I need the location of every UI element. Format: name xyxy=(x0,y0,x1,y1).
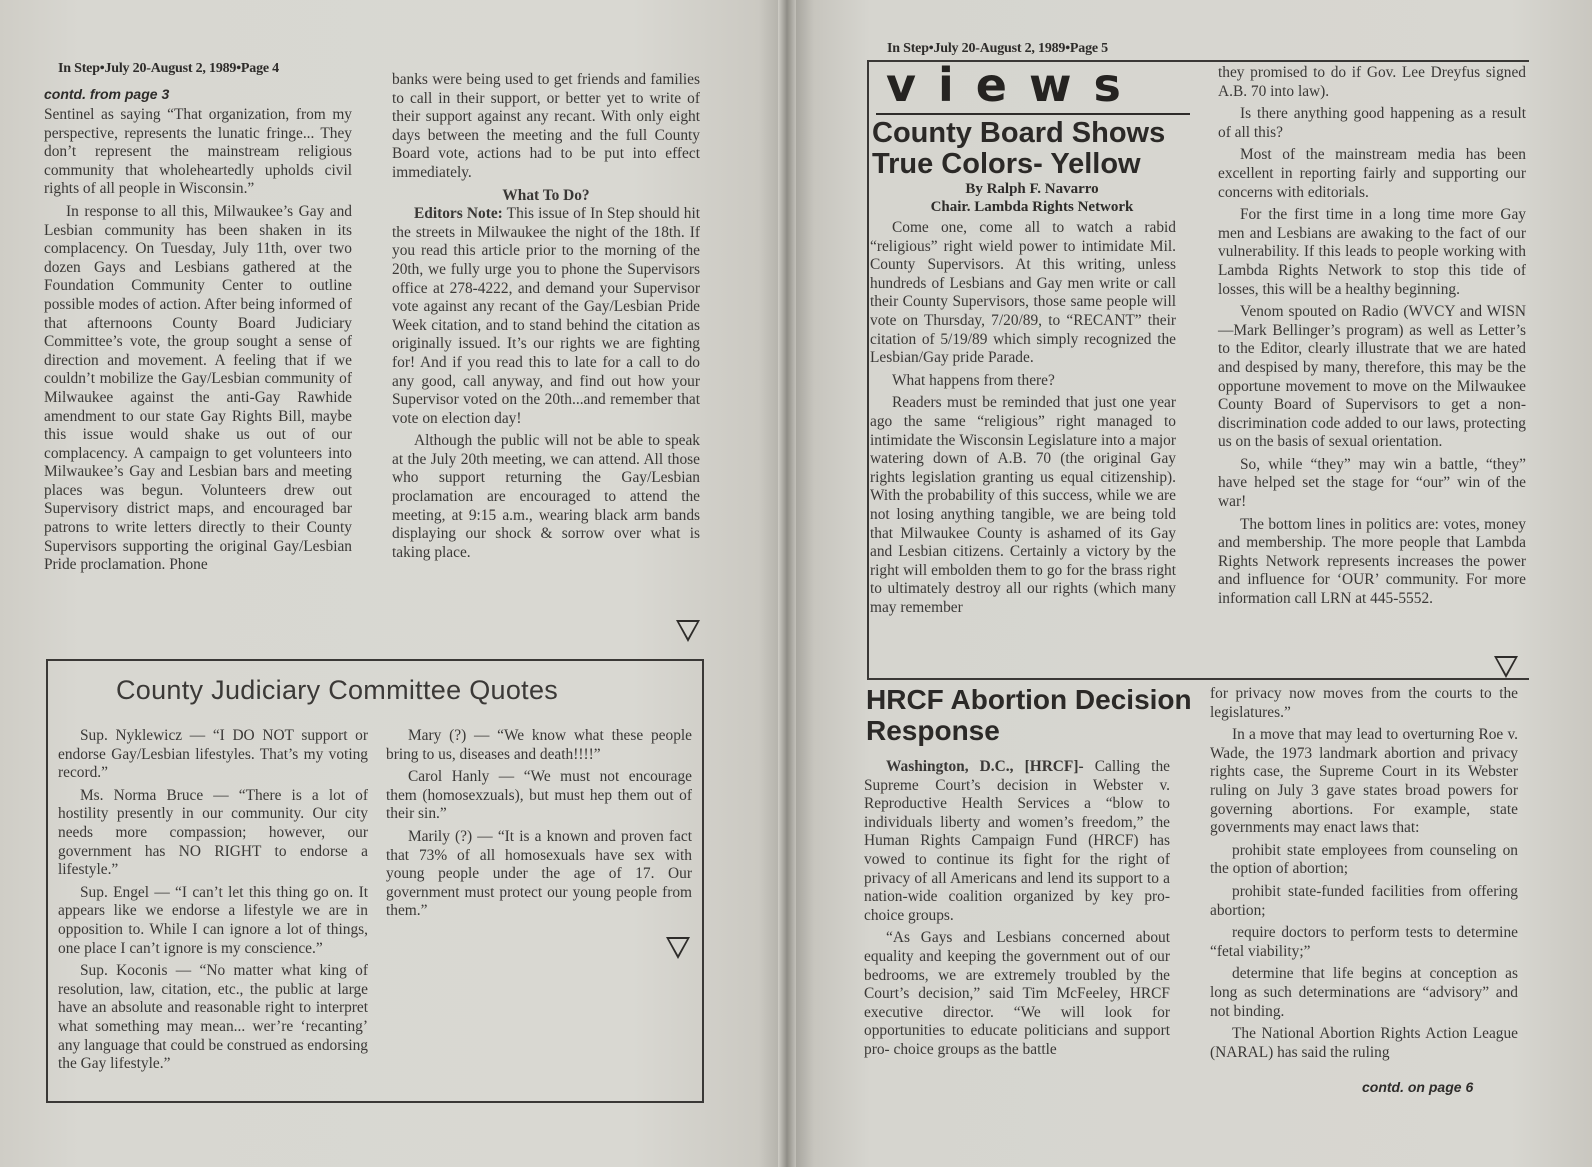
paragraph: Sentinel as saying “That organization, f… xyxy=(44,106,352,199)
article-column-2: banks were being used to get friends and… xyxy=(392,71,700,566)
views-column-1: Come one, come all to watch a rabid “rel… xyxy=(870,219,1176,621)
paragraph: Venom spouted on Radio (WVCY and WISN —M… xyxy=(1218,303,1526,452)
views-column-2: they promised to do if Gov. Lee Dreyfus … xyxy=(1218,64,1526,613)
divider xyxy=(876,113,1190,115)
editors-note: Editors Note: This issue of In Step shou… xyxy=(392,205,700,428)
paragraph: Is there anything good happening as a re… xyxy=(1218,105,1526,142)
paragraph: Come one, come all to watch a rabid “rel… xyxy=(870,219,1176,368)
paragraph: For the first time in a long time more G… xyxy=(1218,206,1526,299)
paragraph: The bottom lines in politics are: votes,… xyxy=(1218,516,1526,609)
quote: Marily (?) — “It is a known and proven f… xyxy=(386,828,692,921)
paragraph: In response to all this, Milwaukee’s Gay… xyxy=(44,203,352,575)
page-folio: In Step•July 20-August 2, 1989•Page 4 xyxy=(58,61,279,77)
quote: Sup. Nyklewicz — “I DO NOT support or en… xyxy=(58,727,368,783)
article-column-1: Sentinel as saying “That organization, f… xyxy=(44,106,352,579)
continued-to-label: contd. on page 6 xyxy=(1362,1079,1473,1095)
paragraph: they promised to do if Gov. Lee Dreyfus … xyxy=(1218,64,1526,101)
editors-note-label: Editors Note: xyxy=(414,205,503,222)
page-folio: In Step•July 20-August 2, 1989•Page 5 xyxy=(887,41,1108,57)
paragraph: Washington, D.C., [HRCF]- Calling the Su… xyxy=(864,758,1170,925)
quotes-box-title: County Judiciary Committee Quotes xyxy=(116,675,558,706)
paragraph: “As Gays and Lesbians concerned about eq… xyxy=(864,929,1170,1059)
byline-author: By Ralph F. Navarro xyxy=(872,180,1192,198)
paragraph: banks were being used to get friends and… xyxy=(392,71,700,183)
hrcf-column-2: for privacy now moves from the courts to… xyxy=(1210,685,1518,1066)
quotes-box: County Judiciary Committee Quotes Sup. N… xyxy=(46,659,704,1103)
quote: Mary (?) — “We know what these people br… xyxy=(386,727,692,764)
quote: Sup. Koconis — “No matter what king of r… xyxy=(58,962,368,1074)
quote: Carol Hanly — “We must not encourage the… xyxy=(386,768,692,824)
views-headline: County Board Shows True Colors- Yellow xyxy=(872,118,1202,180)
section-title-views: views xyxy=(886,62,1143,108)
quote: Sup. Engel — “I can’t let this thing go … xyxy=(58,884,368,958)
book-spine xyxy=(778,0,796,1167)
paragraph: for privacy now moves from the courts to… xyxy=(1210,685,1518,722)
quotes-column-1: Sup. Nyklewicz — “I DO NOT support or en… xyxy=(58,727,368,1078)
quotes-column-2: Mary (?) — “We know what these people br… xyxy=(386,727,692,925)
list-item: require doctors to perform tests to dete… xyxy=(1210,924,1518,961)
paragraph: Readers must be reminded that just one y… xyxy=(870,394,1176,617)
byline-title: Chair. Lambda Rights Network xyxy=(872,198,1192,216)
hrcf-column-1: Washington, D.C., [HRCF]- Calling the Su… xyxy=(864,758,1170,1064)
subhead-what-to-do: What To Do? xyxy=(392,187,700,206)
paragraph: In a move that may lead to overturning R… xyxy=(1210,726,1518,838)
continued-from-label: contd. from page 3 xyxy=(44,86,169,102)
list-item: prohibit state-funded facilities from of… xyxy=(1210,883,1518,920)
paragraph: Although the public will not be able to … xyxy=(392,432,700,562)
hrcf-headline: HRCF Abortion Decision Response xyxy=(866,684,1196,746)
quote: Ms. Norma Bruce — “There is a lot of hos… xyxy=(58,787,368,880)
paragraph: So, while “they” may win a battle, “they… xyxy=(1218,456,1526,512)
dateline: Washington, D.C., [HRCF]- xyxy=(886,758,1084,775)
paragraph: What happens from there? xyxy=(870,372,1176,391)
list-item: prohibit state employees from counseling… xyxy=(1210,842,1518,879)
paragraph: Most of the mainstream media has been ex… xyxy=(1218,146,1526,202)
list-item: determine that life begins at conception… xyxy=(1210,965,1518,1021)
byline-block: By Ralph F. Navarro Chair. Lambda Rights… xyxy=(872,180,1192,216)
paragraph: The National Abortion Rights Action Leag… xyxy=(1210,1025,1518,1062)
